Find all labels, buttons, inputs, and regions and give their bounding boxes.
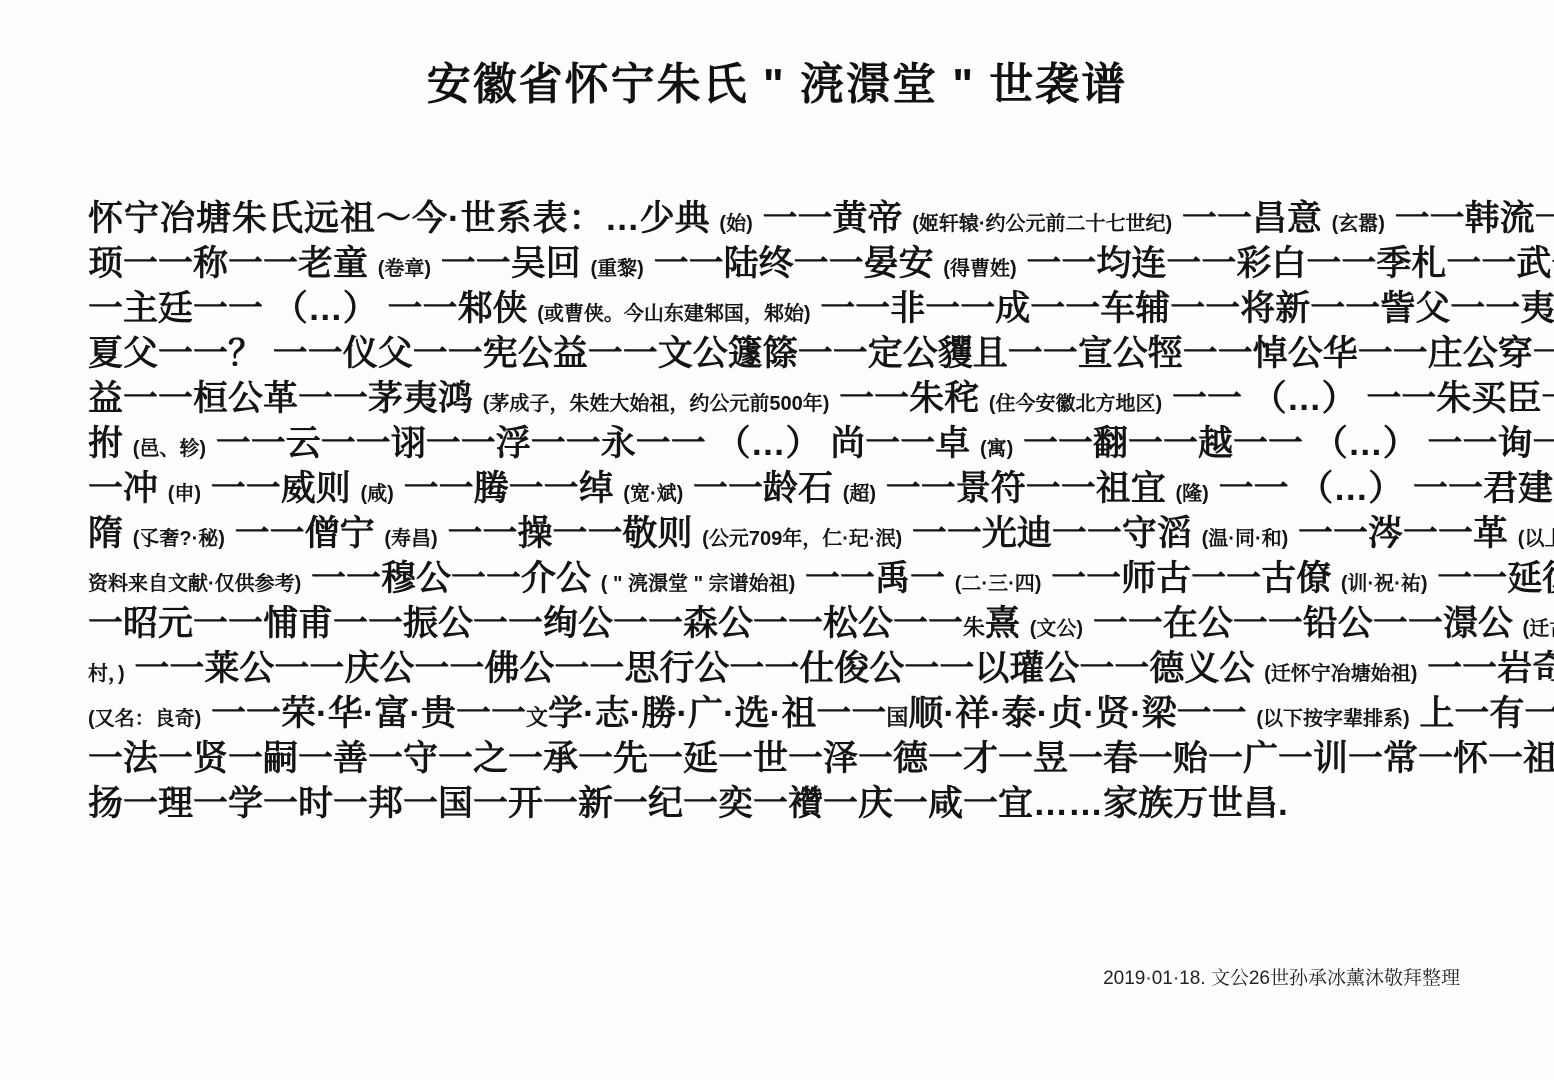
lineage-text: 一一朱秺 [829, 379, 988, 418]
lineage-text: 一昭元一一悑甫一一振公一一绚公一一森公一一松公一一 [88, 604, 963, 643]
lineage-text: 一一穆公一一介公 [301, 559, 600, 598]
annotation-text: 资料来自文献·仅供参考) [88, 573, 301, 595]
lineage-text: 隋 [88, 514, 133, 553]
lineage-text: 一一龄石 [683, 469, 842, 508]
document-page: 安徽省怀宁朱氏 " 湸澋堂 " 世袭谱 怀宁冶塘朱氏远祖～今·世系表：…少典 (… [0, 0, 1554, 1080]
genealogy-line: (又名：良奇) 一一荣·华·富·贵一一文学·志·勝·广·选·祖一一国顺·祥·泰·… [88, 691, 1470, 736]
lineage-text: 夏父一一？ 一一仪父一一宪公益一一文公籧篨一一定公貜且一一宣公牼一一悼公华一一庄… [88, 334, 1554, 373]
annotation-text: ( " 湸澋堂 " 宗谱始祖) [601, 573, 796, 595]
annotation-text: 村，) [88, 663, 125, 685]
annotation-text: (宽·斌) [623, 483, 683, 505]
annotation-text: (卷章) [378, 258, 431, 280]
lineage-text: 一法一贤一嗣一善一守一之一承一先一延一世一泽一德一才一昱一春一贻一广一训一常一怀… [88, 739, 1554, 778]
lineage-text: 一一翻一一越一一 （…） 一一询一一济一 [1013, 424, 1554, 463]
lineage-text: 一一景符一一祖宜 [876, 469, 1175, 508]
annotation-text: (寿昌) [384, 528, 437, 550]
annotation-text: (姬轩辕·约公元前二十七世纪) [912, 213, 1172, 235]
annotation-text: (文公) [1030, 618, 1083, 640]
annotation-text: (寓) [980, 438, 1013, 460]
annotation-text: (茅成子，朱姓大始祖，约公元前500年) [483, 393, 830, 415]
lineage-text: 国 [886, 705, 908, 730]
genealogy-line: 益一一桓公革一一茅夷鸿 (茅成子，朱姓大始祖，约公元前500年) 一一朱秺 (住… [88, 376, 1470, 421]
lineage-text: 一一僧宁 [225, 514, 384, 553]
lineage-text: 一一在公一一铅公一一澋公 [1083, 604, 1522, 643]
lineage-text: 顼一一称一一老童 [88, 244, 378, 283]
genealogy-line: 扬一理一学一时一邦一国一开一新一纪一奕一襸一庆一咸一宜……家族万世昌. [88, 781, 1470, 826]
annotation-text: (又名：良奇) [88, 708, 201, 730]
genealogy-text: 怀宁冶塘朱氏远祖～今·世系表：…少典 (始) 一一黄帝 (姬轩辕·约公元前二十七… [88, 196, 1470, 826]
lineage-text: 顺·祥·泰·贞·贤·梁一一 [908, 694, 1256, 733]
annotation-text: (以下按字辈排系) [1256, 708, 1409, 730]
page-title: 安徽省怀宁朱氏 " 湸澋堂 " 世袭谱 [0, 48, 1554, 112]
annotation-text: (始) [719, 213, 752, 235]
annotation-text: (训·祝·祐) [1341, 573, 1428, 595]
genealogy-line: 拊 (邑、轸) 一一云一一诩一一浮一一永一一 （…） 尚一一卓 (寓) 一一翻一… [88, 421, 1470, 466]
genealogy-line: 顼一一称一一老童 (卷章) 一一吴回 (重黎) 一一陆终一一晏安 (得曹姓) 一… [88, 241, 1470, 286]
lineage-text: 一冲 [88, 469, 168, 508]
lineage-text: 扬一理一学一时一邦一国一开一新一纪一奕一襸一庆一咸一宜……家族万世昌. [88, 784, 1288, 823]
annotation-text: (得曹姓) [943, 258, 1016, 280]
lineage-text: 一一昌意 [1172, 199, 1331, 238]
genealogy-line: 村，) 一一莱公一一庆公一一佛公一一思行公一一仕俊公一一以瓘公一一德义公 (迁怀… [88, 646, 1470, 691]
annotation-text: (重黎) [591, 258, 644, 280]
genealogy-line: 一冲 (申) 一一威则 (咸) 一一腾一一绰 (宽·斌) 一一龄石 (超) 一一… [88, 466, 1470, 511]
lineage-text: 一一 （…） 一一朱买臣一一山 [1162, 379, 1554, 418]
lineage-text: 一一岩奇公 [1417, 649, 1554, 688]
annotation-text: (或曹侠。今山东建邾国，邾始) [537, 303, 810, 325]
lineage-text: 朱 [963, 615, 985, 640]
lineage-text: 益一一桓公革一一茅夷鸿 [88, 379, 483, 418]
lineage-text: 一一禹一 [795, 559, 954, 598]
genealogy-line: 一主廷一一 （…） 一一邾侠 (或曹侠。今山东建邾国，邾始) 一一非一一成一一车… [88, 286, 1470, 331]
lineage-text: 熹 [985, 604, 1030, 643]
footer-signature: 2019·01·18. 文公26世孙承冰薰沐敬拜整理 [1103, 963, 1460, 990]
lineage-text: 文 [526, 705, 548, 730]
lineage-text: 一一云一一诩一一浮一一永一一 （…） 尚一一卓 [206, 424, 980, 463]
annotation-text: (以上传承 [1518, 528, 1554, 550]
lineage-text: 一一黄帝 [753, 199, 912, 238]
genealogy-line: 一昭元一一悑甫一一振公一一绚公一一森公一一松公一一朱熹 (文公) 一一在公一一铅… [88, 601, 1470, 646]
lineage-text: 学·志·勝·广·选·祖一一 [548, 694, 886, 733]
annotation-text: (住今安徽北方地区) [989, 393, 1162, 415]
lineage-text: 一一莱公一一庆公一一佛公一一思行公一一仕俊公一一以瓘公一一德义公 [125, 649, 1264, 688]
lineage-text: 一一非一一成一一车辅一一将新一一訾父一一夷父一一 [811, 289, 1554, 328]
annotation-text: (孓奢?·秘) [133, 528, 225, 550]
lineage-text: 一一均连一一彩白一一季札一一武辛一 [1017, 244, 1554, 283]
annotation-text: (二·三·四) [955, 573, 1042, 595]
lineage-text: 一一腾一一绰 [394, 469, 623, 508]
genealogy-line: 怀宁冶塘朱氏远祖～今·世系表：…少典 (始) 一一黄帝 (姬轩辕·约公元前二十七… [88, 196, 1470, 241]
genealogy-line: 隋 (孓奢?·秘) 一一僧宁 (寿昌) 一一操一一敬则 (公元709年，仁·玘·… [88, 511, 1470, 556]
genealogy-line: 资料来自文献·仅供参考) 一一穆公一一介公 ( " 湸澋堂 " 宗谱始祖) 一一… [88, 556, 1470, 601]
annotation-text: (隆) [1176, 483, 1209, 505]
annotation-text: (咸) [361, 483, 394, 505]
annotation-text: (超) [843, 483, 876, 505]
lineage-text: 一一师古一一古僚 [1041, 559, 1340, 598]
lineage-text: 拊 [88, 424, 133, 463]
lineage-text: 一一 （…） 一一君建一一 [1209, 469, 1554, 508]
lineage-text: 一一涔一一革 [1288, 514, 1517, 553]
lineage-text: 一主廷一一 （…） 一一邾侠 [88, 289, 537, 328]
lineage-text: 一一延後一 [1427, 559, 1554, 598]
genealogy-line: 夏父一一？ 一一仪父一一宪公益一一文公籧篨一一定公貜且一一宣公牼一一悼公华一一庄… [88, 331, 1470, 376]
annotation-text: (邑、轸) [133, 438, 206, 460]
lineage-text: 一一操一一敬则 [438, 514, 702, 553]
genealogy-line: 一法一贤一嗣一善一守一之一承一先一延一世一泽一德一才一昱一春一贻一广一训一常一怀… [88, 736, 1470, 781]
lineage-text: 一一陆终一一晏安 [644, 244, 943, 283]
annotation-text: (迁古黟屏山朱 [1523, 618, 1554, 640]
lineage-text: …少典 [605, 199, 720, 238]
annotation-text: (申) [168, 483, 201, 505]
section-heading: 怀宁冶塘朱氏远祖～今·世系表： [88, 199, 605, 238]
lineage-text: 一一吴回 [431, 244, 590, 283]
annotation-text: (温·同·和) [1202, 528, 1289, 550]
annotation-text: (玄嚣) [1332, 213, 1385, 235]
lineage-text: 一一荣·华·富·贵一一 [201, 694, 526, 733]
lineage-text: 一一光迪一一守滔 [902, 514, 1201, 553]
lineage-text: 上一有一传一家 [1410, 694, 1554, 733]
annotation-text: (公元709年，仁·玘·泯) [702, 528, 902, 550]
lineage-text: 一一韩流一一颛 [1385, 199, 1554, 238]
lineage-text: 一一威则 [201, 469, 360, 508]
annotation-text: (迁怀宁冶塘始祖) [1264, 663, 1417, 685]
